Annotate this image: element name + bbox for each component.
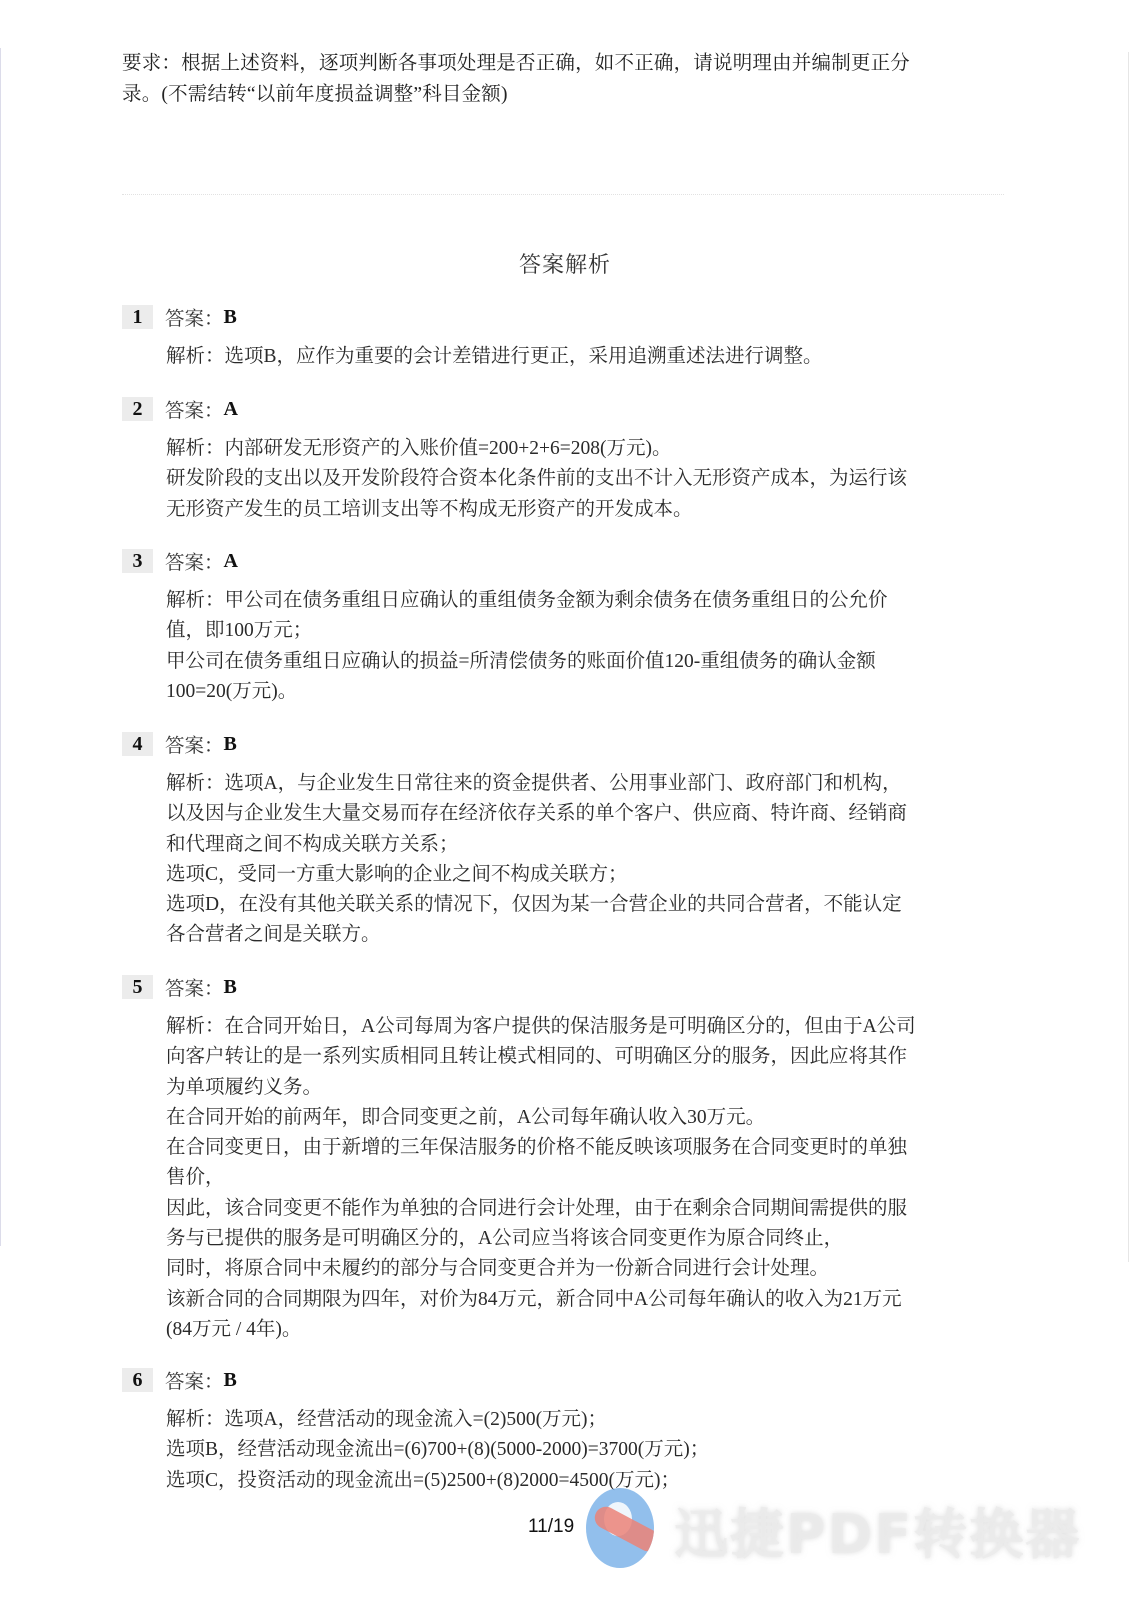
answer-header: 6 答案： B bbox=[122, 1367, 1002, 1393]
xunjie-pdf-logo-icon bbox=[586, 1488, 654, 1568]
answer-label: 答案： bbox=[165, 973, 224, 1001]
answer-label: 答案： bbox=[165, 730, 224, 758]
answer-header: 1 答案： B bbox=[122, 304, 1002, 330]
explanation-line: 和代理商之间不构成关联方关系； bbox=[166, 830, 1002, 860]
answer-item-4: 4 答案： B 解析：选项A，与企业发生日常往来的资金提供者、公用事业部门、政府… bbox=[122, 731, 1002, 951]
answer-header: 2 答案： A bbox=[122, 396, 1002, 422]
answer-item-2: 2 答案： A 解析：内部研发无形资产的入账价值=200+2+6=208(万元)… bbox=[122, 396, 1002, 525]
watermark: 迅捷PDF转换器 bbox=[586, 1488, 1086, 1573]
answer-label: 答案： bbox=[165, 395, 224, 423]
question-number-badge: 4 bbox=[122, 732, 153, 756]
explanation-line: 100=20(万元)。 bbox=[166, 677, 1002, 707]
explanation-line: 向客户转让的是一系列实质相同且转让模式相同的、可明确区分的服务，因此应将其作 bbox=[166, 1042, 1002, 1072]
explanation-line: 售价， bbox=[166, 1163, 1002, 1193]
answer-item-5: 5 答案： B 解析：在合同开始日，A公司每周为客户提供的保洁服务是可明确区分的… bbox=[122, 974, 1002, 1345]
answer-label: 答案： bbox=[165, 547, 224, 575]
explanation-line: 解析：选项B，应作为重要的会计差错进行更正，采用追溯重述法进行调整。 bbox=[166, 342, 1002, 372]
explanation: 解析：选项A，经营活动的现金流入=(2)500(万元)； 选项B，经营活动现金流… bbox=[166, 1405, 1002, 1496]
explanation-line: 解析：内部研发无形资产的入账价值=200+2+6=208(万元)。 bbox=[166, 434, 1002, 464]
answer-label: 答案： bbox=[165, 303, 224, 331]
explanation-line: 选项C，受同一方重大影响的企业之间不构成关联方； bbox=[166, 860, 1002, 890]
question-number-badge: 6 bbox=[122, 1368, 153, 1392]
answer-value: A bbox=[224, 398, 238, 421]
explanation-line: 解析：在合同开始日，A公司每周为客户提供的保洁服务是可明确区分的，但由于A公司 bbox=[166, 1012, 1002, 1042]
explanation-line: (84万元 / 4年)。 bbox=[166, 1315, 1002, 1345]
question-number-badge: 1 bbox=[122, 305, 153, 329]
page-border-right bbox=[1128, 52, 1129, 1262]
explanation-line: 选项D，在没有其他关联关系的情况下，仅因为某一合营企业的共同合营者，不能认定 bbox=[166, 890, 1002, 920]
section-divider bbox=[122, 194, 1004, 195]
explanation-line: 值，即100万元； bbox=[166, 616, 1002, 646]
explanation: 解析：选项B，应作为重要的会计差错进行更正，采用追溯重述法进行调整。 bbox=[166, 342, 1002, 372]
explanation-line: 在合同开始的前两年，即合同变更之前，A公司每年确认收入30万元。 bbox=[166, 1103, 1002, 1133]
explanation-line: 甲公司在债务重组日应确认的损益=所清偿债务的账面价值120-重组债务的确认金额 bbox=[166, 647, 1002, 677]
answer-label: 答案： bbox=[165, 1366, 224, 1394]
answer-item-6: 6 答案： B 解析：选项A，经营活动的现金流入=(2)500(万元)； 选项B… bbox=[122, 1367, 1002, 1496]
answer-value: B bbox=[224, 733, 237, 756]
explanation-line: 该新合同的合同期限为四年，对价为84万元，新合同中A公司每年确认的收入为21万元 bbox=[166, 1285, 1002, 1315]
explanation-line: 以及因与企业发生大量交易而存在经济依存关系的单个客户、供应商、特许商、经销商 bbox=[166, 799, 1002, 829]
explanation-line: 同时，将原合同中未履约的部分与合同变更合并为一份新合同进行会计处理。 bbox=[166, 1254, 1002, 1284]
answer-value: B bbox=[224, 976, 237, 999]
explanation-line: 为单项履约义务。 bbox=[166, 1073, 1002, 1103]
explanation: 解析：内部研发无形资产的入账价值=200+2+6=208(万元)。 研发阶段的支… bbox=[166, 434, 1002, 525]
section-title: 答案解析 bbox=[0, 248, 1130, 279]
answer-value: A bbox=[224, 550, 238, 573]
question-number-badge: 2 bbox=[122, 397, 153, 421]
explanation-line: 因此，该合同变更不能作为单独的合同进行会计处理，由于在剩余合同期间需提供的服 bbox=[166, 1194, 1002, 1224]
answer-header: 4 答案： B bbox=[122, 731, 1002, 757]
explanation: 解析：选项A，与企业发生日常往来的资金提供者、公用事业部门、政府部门和机构， 以… bbox=[166, 769, 1002, 951]
answer-header: 5 答案： B bbox=[122, 974, 1002, 1000]
explanation-line: 研发阶段的支出以及开发阶段符合资本化条件前的支出不计入无形资产成本，为运行该 bbox=[166, 464, 1002, 494]
explanation-line: 各合营者之间是关联方。 bbox=[166, 920, 1002, 950]
answer-header: 3 答案： A bbox=[122, 548, 1002, 574]
explanation: 解析：在合同开始日，A公司每周为客户提供的保洁服务是可明确区分的，但由于A公司 … bbox=[166, 1012, 1002, 1345]
answer-item-1: 1 答案： B 解析：选项B，应作为重要的会计差错进行更正，采用追溯重述法进行调… bbox=[122, 304, 1002, 372]
requirement-line: 录。(不需结转“以前年度损益调整”科目金额) bbox=[122, 79, 1002, 110]
answer-item-3: 3 答案： A 解析：甲公司在债务重组日应确认的重组债务金额为剩余债务在债务重组… bbox=[122, 548, 1002, 707]
page-border-left bbox=[0, 48, 1, 1246]
answer-value: B bbox=[224, 306, 237, 329]
explanation-line: 在合同变更日，由于新增的三年保洁服务的价格不能反映该项服务在合同变更时的单独 bbox=[166, 1133, 1002, 1163]
question-number-badge: 3 bbox=[122, 549, 153, 573]
explanation-line: 务与已提供的服务是可明确区分的，A公司应当将该合同变更作为原合同终止， bbox=[166, 1224, 1002, 1254]
explanation-line: 解析：甲公司在债务重组日应确认的重组债务金额为剩余债务在债务重组日的公允价 bbox=[166, 586, 1002, 616]
requirement-line: 要求：根据上述资料，逐项判断各事项处理是否正确，如不正确，请说明理由并编制更正分 bbox=[122, 48, 1002, 79]
explanation-line: 解析：选项A，与企业发生日常往来的资金提供者、公用事业部门、政府部门和机构， bbox=[166, 769, 1002, 799]
explanation-line: 选项B，经营活动现金流出=(6)700+(8)(5000-2000)=3700(… bbox=[166, 1435, 1002, 1465]
requirement-text: 要求：根据上述资料，逐项判断各事项处理是否正确，如不正确，请说明理由并编制更正分… bbox=[122, 48, 1002, 110]
explanation-line: 无形资产发生的员工培训支出等不构成无形资产的开发成本。 bbox=[166, 495, 1002, 525]
answer-value: B bbox=[224, 1369, 237, 1392]
explanation: 解析：甲公司在债务重组日应确认的重组债务金额为剩余债务在债务重组日的公允价 值，… bbox=[166, 586, 1002, 707]
question-number-badge: 5 bbox=[122, 975, 153, 999]
watermark-text: 迅捷PDF转换器 bbox=[674, 1492, 1081, 1569]
explanation-line: 选项C，投资活动的现金流出=(5)2500+(8)2000=4500(万元)； bbox=[166, 1466, 1002, 1496]
page-number: 11/19 bbox=[528, 1516, 574, 1538]
explanation-line: 解析：选项A，经营活动的现金流入=(2)500(万元)； bbox=[166, 1405, 1002, 1435]
